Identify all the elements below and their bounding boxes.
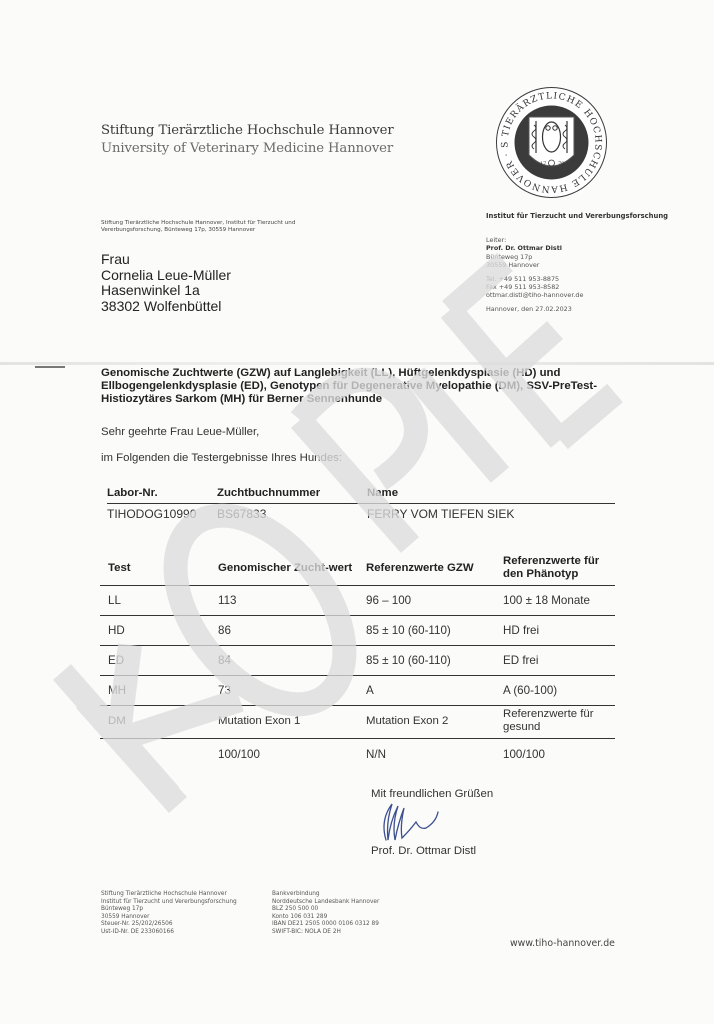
reference-gzw: 85 ± 10 (60-110) (366, 654, 503, 667)
scan-artifact-line (0, 362, 714, 365)
head-name: Prof. Dr. Ottmar Distl (486, 244, 583, 252)
footer-line: 30559 Hannover (101, 914, 237, 922)
recipient-address: Frau Cornelia Leue-Müller Hasenwinkel 1a… (101, 252, 231, 314)
genomic-value: 84 (218, 654, 366, 667)
institute-name: Institut für Tierzucht und Vererbungsfor… (486, 212, 668, 220)
reference-gzw: A (366, 684, 503, 697)
table-row: LL 113 96 – 100 100 ± 18 Monate (100, 586, 615, 616)
footer-line: IBAN DE21 2505 0000 0106 0312 89 (272, 921, 379, 929)
dog-table-row: TIHODOG10990 BS67833 FERRY VOM TIEFEN SI… (107, 504, 615, 523)
lab-number: TIHODOG10990 (107, 507, 217, 523)
reference-phenotype: ED frei (503, 654, 615, 667)
dm-genotype-table: DM Mutation Exon 1 Mutation Exon 2 Refer… (100, 704, 615, 767)
header-test: Test (100, 562, 218, 575)
institute-contact-block: Leiter: Prof. Dr. Ottmar Distl Bünteweg … (486, 236, 583, 313)
header-genomic-value: Genomischer Zucht-wert (218, 562, 366, 575)
reference-gzw: 96 – 100 (366, 594, 503, 607)
sender-return-address: Stiftung Tierärztliche Hochschule Hannov… (101, 220, 341, 234)
recipient-city: 38302 Wolfenbüttel (101, 299, 231, 315)
dog-name: FERRY VOM TIEFEN SIEK (367, 507, 615, 523)
signature-icon (376, 800, 446, 842)
footer-address: Stiftung Tierärztliche Hochschule Hannov… (101, 891, 237, 937)
table-row: 100/100 N/N 100/100 (100, 739, 615, 767)
owl-seal-icon: TIERÄRZTLICHE HOCHSCHULE HANNOVER · STIF… (479, 85, 624, 200)
website-link[interactable]: www.tiho-hannover.de (510, 938, 615, 949)
header-exon1: Mutation Exon 1 (218, 715, 366, 728)
footer-line: Konto 106 031 289 (272, 914, 379, 922)
header-dog-name: Name (367, 487, 615, 503)
footer-line: Bankverbindung (272, 891, 379, 899)
university-name-german: Stiftung Tierärztliche Hochschule Hannov… (101, 123, 394, 138)
institute-phone: Tel. +49 511 953-8875 (486, 275, 583, 283)
test-name: LL (100, 594, 218, 607)
header-lab-number: Labor-Nr. (107, 487, 217, 503)
exon1-result: 100/100 (218, 748, 366, 761)
closing-phrase: Mit freundlichen Grüßen (371, 788, 493, 800)
letter-subject: Genomische Zuchtwerte (GZW) auf Langlebi… (101, 367, 631, 407)
footer-line: Stiftung Tierärztliche Hochschule Hannov… (101, 891, 237, 899)
table-row: HD 86 85 ± 10 (60-110) HD frei (100, 616, 615, 646)
intro-text: im Folgenden die Testergebnisse Ihres Hu… (101, 452, 342, 464)
institute-email: ottmar.distl@tiho-hannover.de (486, 291, 583, 299)
results-table-header: Test Genomischer Zucht-wert Referenzwert… (100, 551, 615, 586)
genomic-value: 73 (218, 684, 366, 697)
institute-city: 30559 Hannover (486, 261, 583, 269)
reference-phenotype: 100 ± 18 Monate (503, 594, 615, 607)
footer-line: Bünteweg 17p (101, 906, 237, 914)
recipient-salutation: Frau (101, 252, 231, 268)
reference-healthy: 100/100 (503, 748, 615, 761)
reference-phenotype: HD frei (503, 624, 615, 637)
svg-text:78: 78 (558, 161, 564, 167)
fold-mark (35, 366, 65, 368)
studbook-number: BS67833 (217, 507, 367, 523)
test-name: ED (100, 654, 218, 667)
svg-text:17: 17 (540, 161, 546, 167)
reference-phenotype: A (60-100) (503, 684, 615, 697)
footer-line: Ust-ID-Nr. DE 233060166 (101, 929, 237, 937)
results-table: Test Genomischer Zucht-wert Referenzwert… (100, 551, 615, 706)
footer-line: SWIFT-BIC: NOLA DE 2H (272, 929, 379, 937)
greeting: Sehr geehrte Frau Leue-Müller, (101, 426, 259, 438)
header-reference-gzw: Referenzwerte GZW (366, 562, 503, 575)
genomic-value: 86 (218, 624, 366, 637)
header-studbook-number: Zuchtbuchnummer (217, 487, 367, 503)
institute-fax: Fax +49 511 953-8582 (486, 283, 583, 291)
test-name: HD (100, 624, 218, 637)
header-reference-phenotype: Referenzwerte für den Phänotyp (503, 555, 615, 580)
signer-name: Prof. Dr. Ottmar Distl (371, 845, 476, 857)
test-name: MH (100, 684, 218, 697)
dog-table-header: Labor-Nr. Zuchtbuchnummer Name (107, 487, 615, 504)
exon2-result: N/N (366, 748, 503, 761)
recipient-name: Cornelia Leue-Müller (101, 268, 231, 284)
genomic-value: 113 (218, 594, 366, 607)
footer-bank-details: Bankverbindung Norddeutsche Landesbank H… (272, 891, 379, 937)
footer-line: Institut für Tierzucht und Vererbungsfor… (101, 899, 237, 907)
dog-identity-table: Labor-Nr. Zuchtbuchnummer Name TIHODOG10… (107, 487, 615, 523)
institute-street: Bünteweg 17p (486, 253, 583, 261)
table-row: MH 73 A A (60-100) (100, 676, 615, 706)
recipient-street: Hasenwinkel 1a (101, 283, 231, 299)
letter-date: Hannover, den 27.02.2023 (486, 305, 583, 313)
footer-line: BLZ 250 500 00 (272, 906, 379, 914)
head-label: Leiter: (486, 236, 583, 244)
header-dm: DM (100, 715, 218, 728)
reference-gzw: 85 ± 10 (60-110) (366, 624, 503, 637)
header-exon2: Mutation Exon 2 (366, 715, 503, 728)
table-row: ED 84 85 ± 10 (60-110) ED frei (100, 646, 615, 676)
footer-line: Steuer-Nr. 25/202/26506 (101, 921, 237, 929)
university-name-english: University of Veterinary Medicine Hannov… (101, 141, 393, 156)
footer-line: Norddeutsche Landesbank Hannover (272, 899, 379, 907)
dm-table-header: DM Mutation Exon 1 Mutation Exon 2 Refer… (100, 704, 615, 739)
header-reference-healthy: Referenzwerte für gesund (503, 708, 615, 733)
